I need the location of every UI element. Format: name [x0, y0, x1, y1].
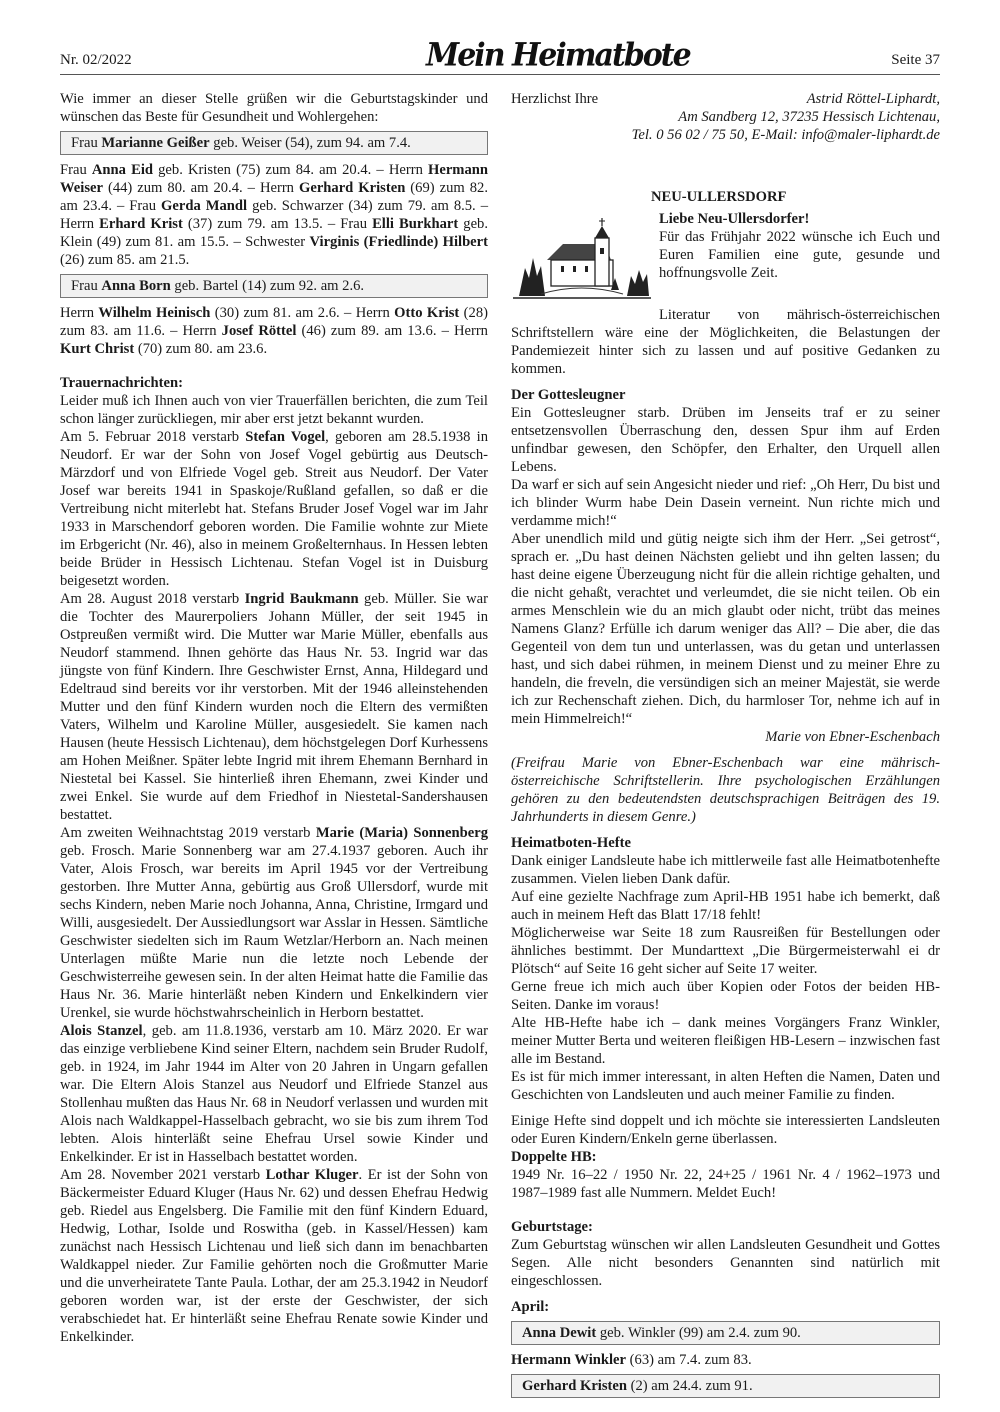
obituary: Am 28. August 2018 verstarb Ingrid Baukm…	[60, 590, 488, 824]
highlight-box: Gerhard Kristen (2) am 24.4. zum 91.	[511, 1374, 940, 1398]
birthday-entry: Hermann Winkler (63) am 7.4. zum 83.	[511, 1351, 940, 1369]
page-header: Nr. 02/2022 Mein Heimatbote Seite 37	[60, 44, 940, 75]
text: geb. Winkler (99) am 2.4. zum 90.	[596, 1325, 801, 1341]
church-illustration-icon	[511, 218, 653, 302]
text: geb. Bartel (14) zum 92. am 2.6.	[171, 278, 364, 294]
greeting-heading: Liebe Neu-Ullersdorfer!	[659, 210, 940, 228]
text: Frau	[60, 162, 92, 178]
person-name: Anna Born	[101, 278, 170, 294]
text: Am 28. November 2021 verstarb	[60, 1167, 266, 1183]
story-paragraph: Da warf er sich auf sein Angesicht niede…	[511, 476, 940, 530]
text: (70) zum 80. am 23.6.	[134, 341, 267, 357]
text: (63) am 7.4. zum 83.	[626, 1352, 752, 1368]
text: Herrn	[60, 305, 98, 321]
masthead-logo: Mein Heimatbote	[426, 37, 690, 74]
text: (30) zum 81. am 2.6. – Herrn	[210, 305, 394, 321]
text: (2) am 24.4. zum 91.	[627, 1378, 753, 1394]
birthday-list-1: Frau Anna Eid geb. Kristen (75) zum 84. …	[60, 161, 488, 269]
trauer-intro: Leider muß ich Ihnen auch von vier Traue…	[60, 392, 488, 428]
highlight-box: Frau Anna Born geb. Bartel (14) zum 92. …	[60, 274, 488, 298]
person-name: Kurt Christ	[60, 341, 134, 357]
signature-line: Herzlichst Ihre Astrid Röttel-Liphardt,	[511, 90, 940, 108]
person-name: Lothar Kluger	[266, 1167, 359, 1183]
doppelt-text: 1949 Nr. 16–22 / 1950 Nr. 22, 24+25 / 19…	[511, 1166, 940, 1202]
author-note: (Freifrau Marie von Ebner-Eschenbach war…	[511, 754, 940, 826]
person-name: Erhard Krist	[99, 216, 183, 232]
person-name: Elli Burkhart	[372, 216, 458, 232]
literatur-paragraph: Literatur von mährisch-österreichischen …	[511, 306, 940, 378]
doppelt-title: Doppelte HB:	[511, 1148, 940, 1166]
birthday-list-2: Herrn Wilhelm Heinisch (30) zum 81. am 2…	[60, 304, 488, 358]
obituary: Alois Stanzel, geb. am 11.8.1936, versta…	[60, 1022, 488, 1166]
text: (44) zum 80. am 20.4. – Herrn	[103, 180, 299, 196]
hefte-paragraph: Auf eine gezielte Nachfrage zum April-HB…	[511, 888, 940, 924]
story-title: Der Gottesleugner	[511, 386, 940, 404]
text: Frau	[71, 278, 101, 294]
geburtstage-title: Geburtstage:	[511, 1218, 940, 1236]
person-name: Gerhard Kristen	[522, 1378, 627, 1394]
person-name: Josef Röttel	[222, 323, 297, 339]
text: geb. Weiser (54), zum 94. am 7.4.	[210, 135, 411, 151]
text: (46) zum 89. am 13.6. – Herrn	[296, 323, 488, 339]
right-column: Herzlichst Ihre Astrid Röttel-Liphardt, …	[511, 90, 940, 1404]
person-name: Virginis (Friedlinde) Hilbert	[310, 234, 488, 250]
person-name: Anna Dewit	[522, 1325, 596, 1341]
person-name: Otto Krist	[394, 305, 459, 321]
hefte-paragraph: Alte HB-Hefte habe ich – dank meines Vor…	[511, 1014, 940, 1068]
greeting-text: Für das Frühjahr 2022 wünsche ich Euch u…	[659, 228, 940, 282]
section-heading-trauer: Trauernachrichten:	[60, 374, 488, 392]
section-title-neu-ullersdorf: NEU-ULLERSDORF	[511, 188, 940, 206]
person-name: Anna Eid	[92, 162, 153, 178]
text: geb. Müller. Sie war die Tochter des Mau…	[60, 591, 488, 823]
story-author: Marie von Ebner-Eschenbach	[511, 728, 940, 746]
obituary: Am zweiten Weihnachtstag 2019 verstarb M…	[60, 824, 488, 1022]
text: Frau	[71, 135, 101, 151]
text: Am 5. Februar 2018 verstarb	[60, 429, 245, 445]
doppelt-intro: Einige Hefte sind doppelt und ich möchte…	[511, 1112, 940, 1148]
text: geb. Kristen (75) zum 84. am 20.4. – Her…	[153, 162, 428, 178]
text: (26) zum 85. am 21.5.	[60, 252, 189, 268]
greeting-text-block: Liebe Neu-Ullersdorfer! Für das Frühjahr…	[659, 210, 940, 282]
person-name: Alois Stanzel	[60, 1023, 143, 1039]
text: (37) zum 79. am 13.5. – Frau	[183, 216, 372, 232]
birthday-intro: Wie immer an dieser Stelle grüßen wir di…	[60, 90, 488, 126]
person-name: Gerda Mandl	[161, 198, 247, 214]
left-column: Wie immer an dieser Stelle grüßen wir di…	[60, 90, 488, 1346]
obituary: Am 28. November 2021 verstarb Lothar Klu…	[60, 1166, 488, 1346]
signature-name: Astrid Röttel-Liphardt,	[807, 90, 940, 108]
hefte-paragraph: Möglicherweise war Seite 18 zum Rausreiß…	[511, 924, 940, 978]
hefte-paragraph: Es ist für mich immer interessant, in al…	[511, 1068, 940, 1104]
person-name: Ingrid Baukmann	[245, 591, 359, 607]
text: Am zweiten Weihnachtstag 2019 verstarb	[60, 825, 316, 841]
month-heading: April:	[511, 1298, 940, 1316]
person-name: Gerhard Kristen	[299, 180, 405, 196]
story-paragraph: Aber unendlich mild und gütig neigte sic…	[511, 530, 940, 728]
hefte-paragraph: Gerne freue ich mich auch über Kopien od…	[511, 978, 940, 1014]
highlight-box: Frau Marianne Geißer geb. Weiser (54), z…	[60, 131, 488, 155]
signature-address: Am Sandberg 12, 37235 Hessisch Lichtenau…	[511, 108, 940, 126]
highlight-box: Anna Dewit geb. Winkler (99) am 2.4. zum…	[511, 1321, 940, 1345]
person-name: Marie (Maria) Sonnenberg	[316, 825, 488, 841]
text: , geb. am 11.8.1936, verstarb am 10. Mär…	[60, 1023, 488, 1165]
text: geb. Frosch. Marie Sonnenberg war am 27.…	[60, 843, 488, 1021]
geburtstage-text: Zum Geburtstag wünschen wir allen Landsl…	[511, 1236, 940, 1290]
person-name: Stefan Vogel	[245, 429, 325, 445]
text: Am 28. August 2018 verstarb	[60, 591, 245, 607]
page-number: Seite 37	[891, 52, 940, 69]
hefte-paragraph: Dank einiger Landsleute habe ich mittler…	[511, 852, 940, 888]
signature-contact: Tel. 0 56 02 / 75 50, E-Mail: info@maler…	[511, 126, 940, 144]
person-name: Wilhelm Heinisch	[98, 305, 210, 321]
issue-number: Nr. 02/2022	[60, 52, 132, 69]
text: , geboren am 28.5.1938 in Neudorf. Er wa…	[60, 429, 488, 589]
story-paragraph: Ein Gottesleugner starb. Drüben im Jense…	[511, 404, 940, 476]
text: . Er ist der Sohn von Bäckermeister Edua…	[60, 1167, 488, 1345]
person-name: Marianne Geißer	[101, 135, 209, 151]
obituary: Am 5. Februar 2018 verstarb Stefan Vogel…	[60, 428, 488, 590]
person-name: Hermann Winkler	[511, 1352, 626, 1368]
greeting-block: Liebe Neu-Ullersdorfer! Für das Frühjahr…	[511, 210, 940, 306]
hefte-title: Heimatboten-Hefte	[511, 834, 940, 852]
closing: Herzlichst Ihre	[511, 90, 598, 108]
